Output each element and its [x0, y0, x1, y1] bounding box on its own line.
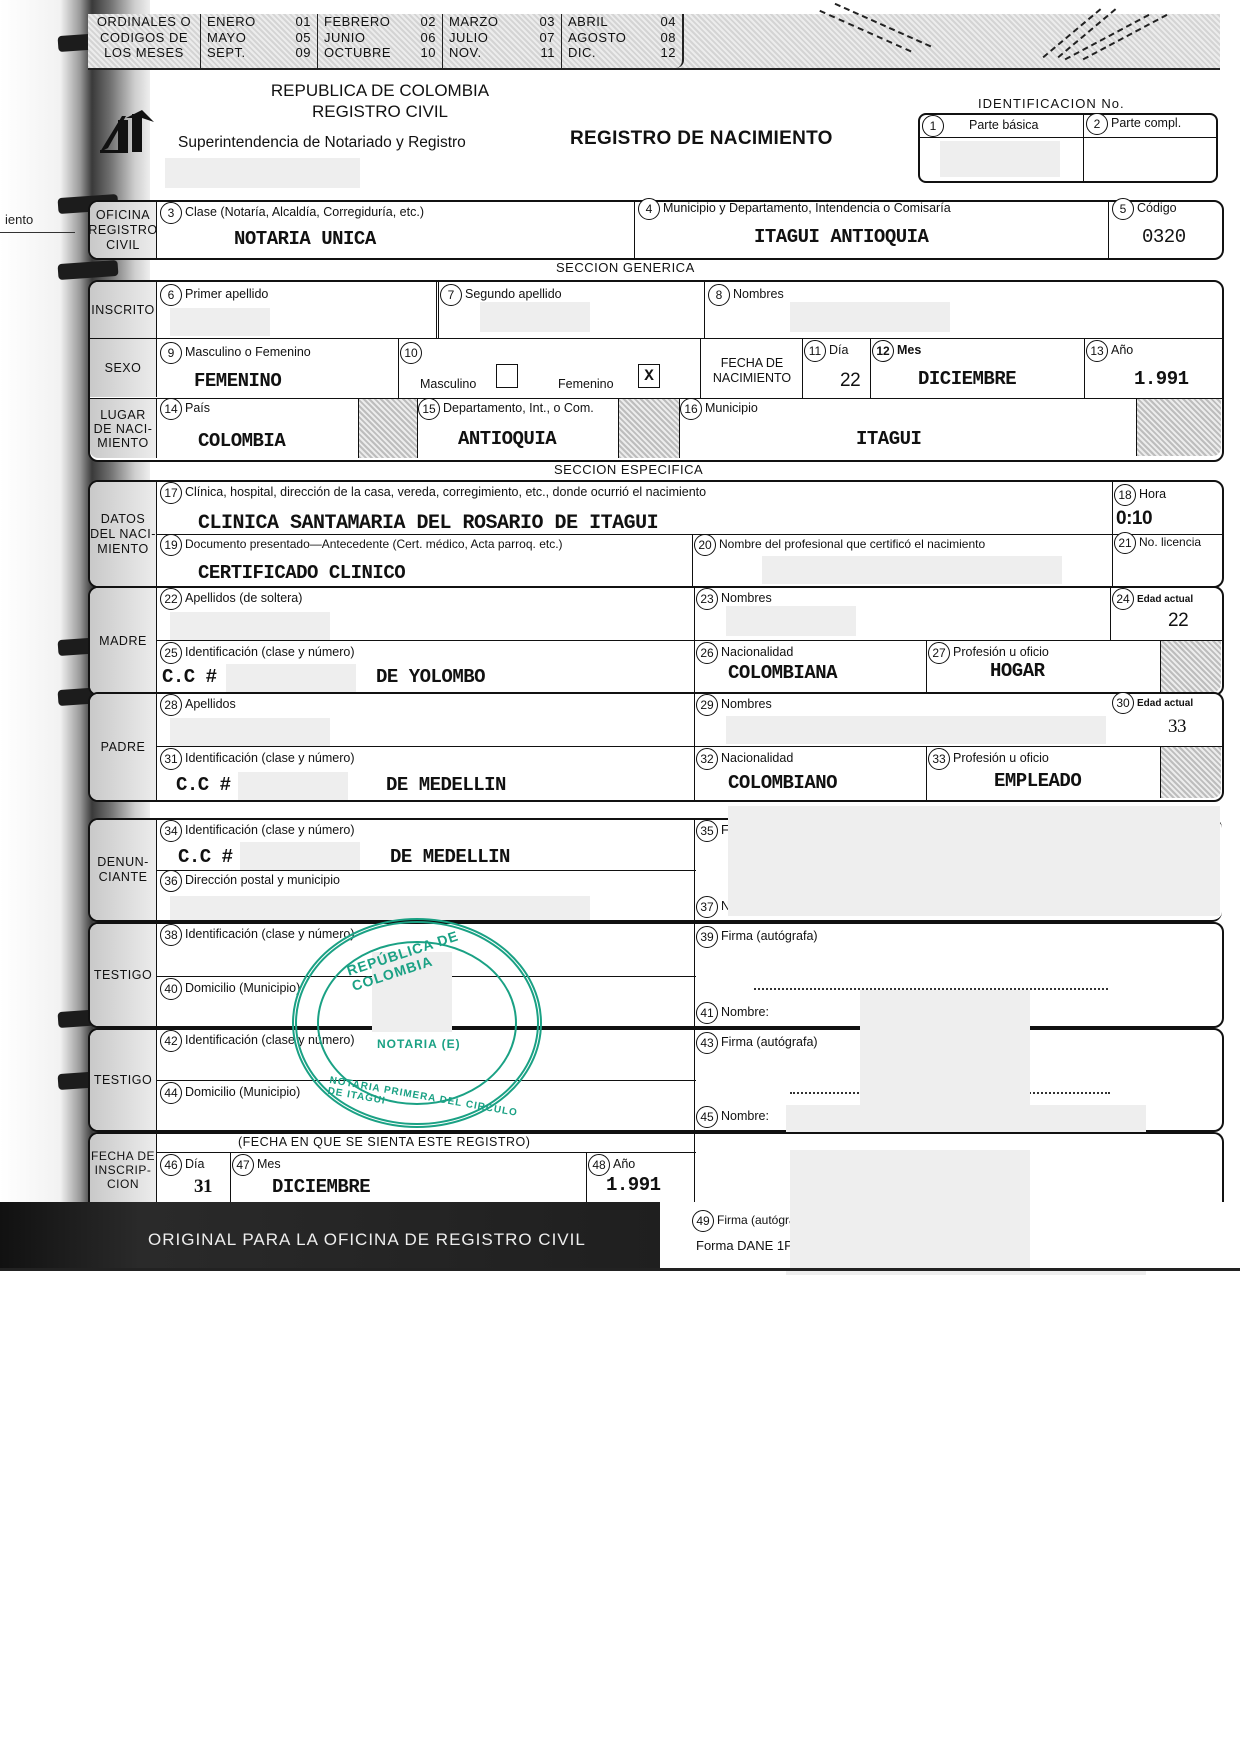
registrador-signature-redacted	[790, 1150, 1030, 1268]
section-label: MADRE	[90, 588, 157, 694]
padre-edad-value: 33	[1168, 716, 1186, 738]
lugar-municipio-value: ITAGUI	[856, 428, 921, 450]
masculino-checkbox[interactable]	[496, 364, 518, 388]
month-column: ENERO01 MAYO05 SEPT.09	[201, 14, 318, 68]
padre-box: PADRE 28Apellidos 29Nombres 30Edad actua…	[88, 692, 1224, 802]
section-label: INSCRITO	[90, 282, 157, 338]
codigo-value: 0320	[1142, 226, 1186, 248]
anio-value: 1.991	[1134, 368, 1189, 390]
registry-logo-icon	[98, 108, 158, 154]
mes-value: DICIEMBRE	[918, 368, 1016, 390]
identification-label: IDENTIFICACION No.	[978, 96, 1125, 111]
fecha-nacimiento-label: FECHA DE NACIMIENTO	[702, 356, 802, 386]
sexo-value: FEMENINO	[194, 370, 281, 392]
inscrito-box: INSCRITO 6Primer apellido 7Segundo apell…	[88, 280, 1224, 462]
section-label: TESTIGO	[90, 1030, 157, 1130]
madre-id-value: DE YOLOMBO	[376, 666, 485, 688]
padre-nacionalidad-value: COLOMBIANO	[728, 772, 837, 794]
notary-stamp: REPÚBLICA DE COLOMBIA NOTARIA (E) NOTARI…	[292, 918, 542, 1128]
month-column: FEBRERO02 JUNIO06 OCTUBRE10	[318, 14, 443, 68]
section-label: FECHA DE INSCRIP- CION	[90, 1134, 157, 1206]
inscripcion-anio-value: 1.991	[606, 1174, 661, 1196]
testigo-signature-redacted	[860, 990, 1030, 1120]
inscripcion-dia-value: 31	[194, 1176, 212, 1198]
inscripcion-caption: (FECHA EN QUE SE SIENTA ESTE REGISTRO)	[238, 1132, 530, 1152]
section-label: OFICINA REGISTRO CIVIL	[90, 202, 157, 258]
testigo-1-box: TESTIGO 38Identificación (clase y número…	[88, 922, 1224, 1028]
margin-fragment: iento	[5, 212, 33, 227]
denunciante-id-value: DE MEDELLIN	[390, 846, 510, 868]
month-codes-caption: ORDINALES O CODIGOS DE LOS MESES	[88, 14, 201, 68]
month-column: ABRIL04 AGOSTO08 DIC.12	[562, 14, 684, 68]
id-basic-label: 1Parte básica	[922, 115, 1038, 137]
inscripcion-box: FECHA DE INSCRIP- CION (FECHA EN QUE SE …	[88, 1132, 1224, 1206]
footer-banner-text: ORIGINAL PARA LA OFICINA DE REGISTRO CIV…	[148, 1230, 586, 1250]
madre-box: MADRE 22Apellidos (de soltera) 23Nombres…	[88, 586, 1224, 696]
issuer-heading: REPUBLICA DE COLOMBIA REGISTRO CIVIL	[200, 80, 560, 122]
id-basic-redacted	[940, 141, 1060, 177]
lugar-nacimiento-value: CLINICA SANTAMARIA DEL ROSARIO DE ITAGUI	[198, 512, 658, 535]
municipio-value: ITAGUI ANTIOQUIA	[754, 226, 928, 248]
datos-nacimiento-box: DATOS DEL NACI- MIENTO 17Clínica, hospit…	[88, 480, 1224, 588]
seccion-generica-heading: SECCION GENERICA	[556, 260, 695, 275]
redacted-area	[165, 158, 360, 188]
dia-value: 22	[840, 370, 860, 392]
section-label: DENUN- CIANTE	[90, 820, 157, 920]
oficina-box: OFICINA REGISTRO CIVIL 3Clase (Notaría, …	[88, 200, 1224, 260]
agency-name: Superintendencia de Notariado y Registro	[178, 134, 466, 152]
denunciante-signature-redacted	[728, 806, 1220, 916]
madre-edad-value: 22	[1168, 610, 1188, 632]
clase-value: NOTARIA UNICA	[234, 228, 376, 250]
margin-line	[0, 232, 75, 233]
month-column: MARZO03 JULIO07 NOV.11	[443, 14, 562, 68]
femenino-checkbox[interactable]: X	[638, 364, 660, 388]
inscripcion-mes-value: DICIEMBRE	[272, 1176, 370, 1198]
month-codes-table: ORDINALES O CODIGOS DE LOS MESES ENERO01…	[88, 14, 684, 68]
page-edge	[0, 1268, 1240, 1271]
id-compl-label: 2Parte compl.	[1086, 113, 1181, 135]
departamento-value: ANTIOQUIA	[458, 428, 556, 450]
section-label: TESTIGO	[90, 924, 157, 1026]
section-label: LUGAR DE NACI- MIENTO	[90, 399, 157, 458]
document-title: REGISTRO DE NACIMIENTO	[570, 128, 833, 150]
section-label: PADRE	[90, 694, 157, 800]
identification-box: 1Parte básica 2Parte compl.	[918, 113, 1218, 183]
madre-nacionalidad-value: COLOMBIANA	[728, 662, 837, 684]
pais-value: COLOMBIA	[198, 430, 285, 452]
seccion-especifica-heading: SECCION ESPECIFICA	[554, 462, 703, 477]
padre-id-value: DE MEDELLIN	[386, 774, 506, 796]
section-label: DATOS DEL NACI- MIENTO	[90, 482, 157, 586]
section-label: SEXO	[90, 339, 157, 397]
hora-value: 0:10	[1116, 508, 1152, 530]
documento-value: CERTIFICADO CLINICO	[198, 562, 405, 584]
padre-profesion-value: EMPLEADO	[994, 770, 1081, 792]
madre-profesion-value: HOGAR	[990, 660, 1045, 682]
